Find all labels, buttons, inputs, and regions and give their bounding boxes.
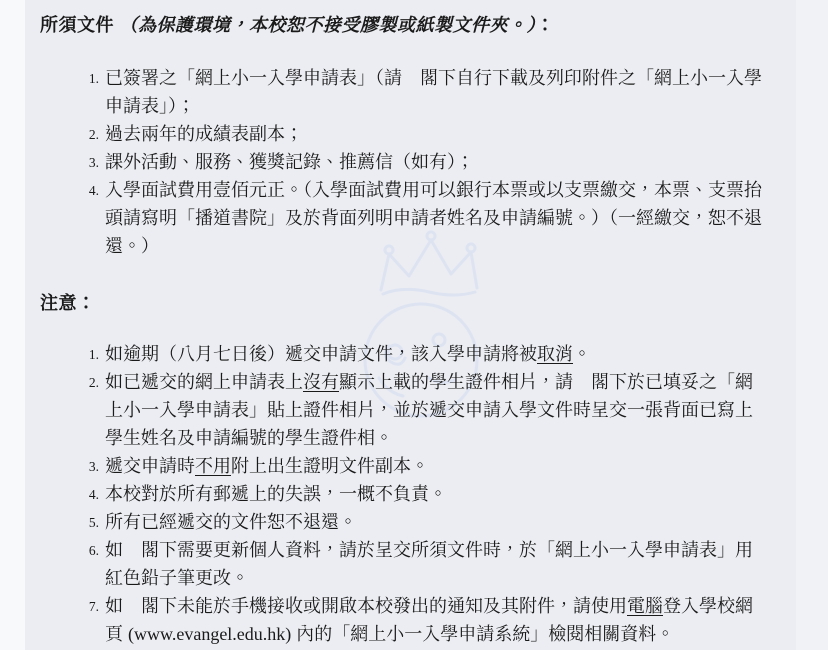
text-segment: (www.evangel.edu.hk) bbox=[128, 624, 291, 644]
list-item: 如 閣下需要更新個人資料，請於呈交所須文件時，於「網上小一入學申請表」用紅色鉛子… bbox=[105, 536, 767, 592]
list-item: 如已遞交的網上申請表上沒有顯示上載的學生證件相片，請 閣下於已填妥之「網上小一入… bbox=[105, 368, 767, 452]
text-segment: 內的「網上小一入學申請系統」檢閱相關資料。 bbox=[291, 624, 674, 644]
text-segment: 沒有 bbox=[303, 372, 339, 392]
text-segment: 過去兩年的成績表副本； bbox=[105, 124, 303, 144]
list-item: 入學面試費用壹佰元正。（入學面試費用可以銀行本票或以支票繳交，本票、支票抬頭請寫… bbox=[105, 176, 767, 260]
text-segment: 取消 bbox=[537, 344, 573, 364]
list-item: 所有已經遞交的文件恕不退還。 bbox=[105, 508, 767, 536]
list-item: 本校對於所有郵遞上的失誤，一概不負責。 bbox=[105, 480, 767, 508]
text-segment: 如 閣下需要更新個人資料，請於呈交所須文件時，於「網上小一入學申請表」用紅色鉛子… bbox=[105, 540, 753, 588]
text-segment: （為保護環境，本校恕不接受膠製或紙製文件夾。） bbox=[120, 15, 537, 35]
text-segment: 如已遞交的網上申請表上 bbox=[105, 372, 303, 392]
required-documents-heading: 所須文件 （為保護環境，本校恕不接受膠製或紙製文件夾。）： bbox=[40, 14, 796, 36]
required-documents-list: 已簽署之「網上小一入學申請表」（請 閣下自行下載及列印附件之「網上小一入學申請表… bbox=[25, 64, 793, 260]
list-item: 課外活動、服務、獲獎記錄、推薦信（如有）； bbox=[105, 148, 767, 176]
text-segment: 本校對於所有郵遞上的失誤，一概不負責。 bbox=[105, 484, 447, 504]
notice-heading: 注意： bbox=[40, 292, 796, 314]
text-segment: 電腦 bbox=[627, 596, 663, 616]
document-viewport: { "colors": { "page_background": "#ebedf… bbox=[0, 0, 828, 650]
text-segment: 如 閣下未能於手機接收或開啟本校發出的通知及其附件，請使用 bbox=[105, 596, 627, 616]
text-segment: 。 bbox=[573, 344, 591, 364]
list-item: 如 閣下未能於手機接收或開啟本校發出的通知及其附件，請使用電腦登入學校網頁 (w… bbox=[105, 592, 767, 648]
text-segment: 遞交申請時 bbox=[105, 456, 195, 476]
text-segment: 如逾期（八月七日後）遞交申請文件，該入學申請將被 bbox=[105, 344, 537, 364]
list-item: 如逾期（八月七日後）遞交申請文件，該入學申請將被取消。 bbox=[105, 340, 767, 368]
page-margin-right bbox=[796, 0, 828, 650]
notice-list: 如逾期（八月七日後）遞交申請文件，該入學申請將被取消。如已遞交的網上申請表上沒有… bbox=[25, 340, 793, 648]
text-segment: ： bbox=[536, 15, 555, 35]
text-segment: 不用 bbox=[195, 456, 231, 476]
document-page: 所須文件 （為保護環境，本校恕不接受膠製或紙製文件夾。）： 已簽署之「網上小一入… bbox=[25, 0, 796, 650]
list-item: 遞交申請時不用附上出生證明文件副本。 bbox=[105, 452, 767, 480]
list-item: 已簽署之「網上小一入學申請表」（請 閣下自行下載及列印附件之「網上小一入學申請表… bbox=[105, 64, 767, 120]
text-segment: 所有已經遞交的文件恕不退還。 bbox=[105, 512, 357, 532]
list-item: 過去兩年的成績表副本； bbox=[105, 120, 767, 148]
text-segment: 附上出生證明文件副本。 bbox=[231, 456, 429, 476]
text-segment: 課外活動、服務、獲獎記錄、推薦信（如有）； bbox=[105, 152, 474, 172]
text-segment: 已簽署之「網上小一入學申請表」（請 閣下自行下載及列印附件之「網上小一入學申請表… bbox=[105, 68, 762, 116]
text-segment: 所須文件 bbox=[40, 15, 120, 35]
page-margin-left bbox=[0, 0, 25, 650]
text-segment: 入學面試費用壹佰元正。（入學面試費用可以銀行本票或以支票繳交，本票、支票抬頭請寫… bbox=[105, 180, 762, 256]
